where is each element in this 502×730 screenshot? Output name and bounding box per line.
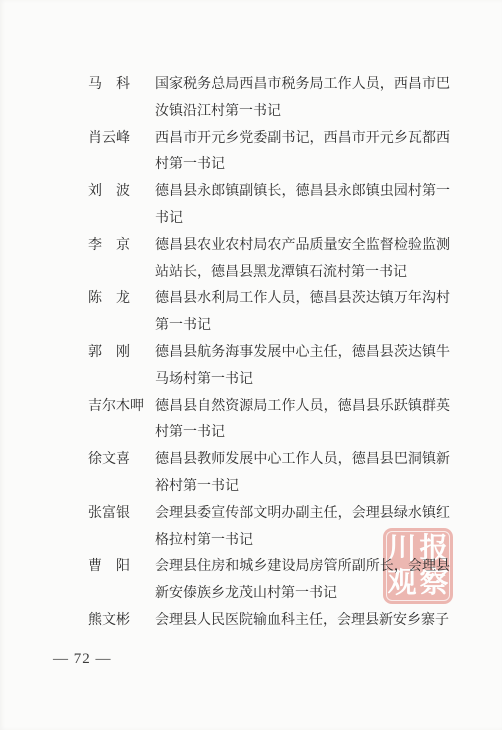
list-entry: 张富银 会理县委宣传部文明办副主任，会理县绿水镇红格拉村第一书记: [88, 501, 450, 555]
appointment-list: 马 科 国家税务总局西昌市税务局工作人员，西昌市巴汝镇沿江村第一书记 肖云峰 西…: [88, 72, 450, 635]
person-name: 郭 刚: [88, 340, 148, 394]
person-position: 德昌县水利局工作人员，德昌县茨达镇万年沟村第一书记: [155, 286, 450, 340]
person-position: 会理县住房和城乡建设局房管所副所长，会理县新安傣族乡龙茂山村第一书记: [155, 554, 450, 608]
person-name: 陈 龙: [88, 286, 148, 340]
person-name: 刘 波: [88, 179, 148, 233]
person-name: 李 京: [88, 233, 148, 287]
person-position: 德昌县永郎镇副镇长，德昌县永郎镇虫园村第一书记: [155, 179, 450, 233]
person-position: 国家税务总局西昌市税务局工作人员，西昌市巴汝镇沿江村第一书记: [155, 72, 450, 126]
person-name: 熊文彬: [88, 608, 148, 635]
list-entry: 徐文喜 德昌县教师发展中心工作人员，德昌县巴洞镇新裕村第一书记: [88, 447, 450, 501]
list-entry: 郭 刚 德昌县航务海事发展中心主任，德昌县茨达镇牛马场村第一书记: [88, 340, 450, 394]
person-position: 会理县委宣传部文明办副主任，会理县绿水镇红格拉村第一书记: [155, 501, 450, 555]
person-position: 德昌县教师发展中心工作人员，德昌县巴洞镇新裕村第一书记: [155, 447, 450, 501]
person-name: 曹 阳: [88, 554, 148, 608]
person-name: 肖云峰: [88, 126, 148, 180]
person-position: 德昌县农业农村局农产品质量安全监督检验监测站站长，德昌县黑龙潭镇石流村第一书记: [155, 233, 450, 287]
person-name: 马 科: [88, 72, 148, 126]
person-name: 徐文喜: [88, 447, 148, 501]
list-entry: 刘 波 德昌县永郎镇副镇长，德昌县永郎镇虫园村第一书记: [88, 179, 450, 233]
list-entry: 马 科 国家税务总局西昌市税务局工作人员，西昌市巴汝镇沿江村第一书记: [88, 72, 450, 126]
page-number: — 72 —: [53, 650, 112, 668]
list-entry: 熊文彬 会理县人民医院输血科主任，会理县新安乡寨子: [88, 608, 450, 635]
list-entry: 李 京 德昌县农业农村局农产品质量安全监督检验监测站站长，德昌县黑龙潭镇石流村第…: [88, 233, 450, 287]
person-position: 德昌县自然资源局工作人员，德昌县乐跃镇群英村第一书记: [155, 394, 450, 448]
list-entry: 肖云峰 西昌市开元乡党委副书记，西昌市开元乡瓦都西村第一书记: [88, 126, 450, 180]
list-entry: 陈 龙 德昌县水利局工作人员，德昌县茨达镇万年沟村第一书记: [88, 286, 450, 340]
person-position: 会理县人民医院输血科主任，会理县新安乡寨子: [155, 608, 450, 635]
person-name: 吉尔木呷: [88, 394, 148, 448]
list-entry: 吉尔木呷 德昌县自然资源局工作人员，德昌县乐跃镇群英村第一书记: [88, 394, 450, 448]
list-entry: 曹 阳 会理县住房和城乡建设局房管所副所长，会理县新安傣族乡龙茂山村第一书记: [88, 554, 450, 608]
person-position: 西昌市开元乡党委副书记，西昌市开元乡瓦都西村第一书记: [155, 126, 450, 180]
person-name: 张富银: [88, 501, 148, 555]
document-page: 川报 观察 马 科 国家税务总局西昌市税务局工作人员，西昌市巴汝镇沿江村第一书记…: [0, 0, 502, 730]
person-position: 德昌县航务海事发展中心主任，德昌县茨达镇牛马场村第一书记: [155, 340, 450, 394]
